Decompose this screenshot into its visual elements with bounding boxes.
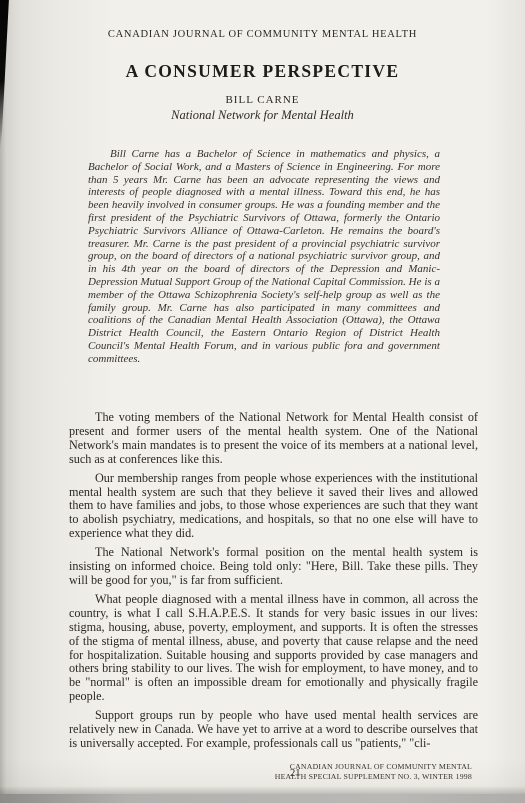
footer-journal-line2: HEALTH SPECIAL SUPPLEMENT NO. 3, WINTER …: [275, 772, 472, 782]
author-name: BILL CARNE: [0, 94, 525, 106]
body-paragraph-4: What people diagnosed with a mental illn…: [69, 593, 478, 704]
article-body: The voting members of the National Netwo…: [69, 411, 478, 756]
body-paragraph-1: The voting members of the National Netwo…: [69, 411, 478, 467]
body-paragraph-5: Support groups run by people who have us…: [69, 709, 478, 751]
footer-journal-line1: CANADIAN JOURNAL OF COMMUNITY MENTAL: [275, 762, 472, 772]
author-affiliation: National Network for Mental Health: [0, 108, 525, 123]
footer-journal-reference: CANADIAN JOURNAL OF COMMUNITY MENTAL HEA…: [275, 762, 472, 781]
scan-bottom-shadow: [0, 786, 525, 794]
article-title: A CONSUMER PERSPECTIVE: [0, 61, 525, 82]
author-bio: Bill Carne has a Bachelor of Science in …: [88, 148, 440, 366]
body-paragraph-2: Our membership ranges from people whose …: [69, 472, 478, 542]
scanned-journal-page: CANADIAN JOURNAL OF COMMUNITY MENTAL HEA…: [0, 0, 525, 803]
body-paragraph-3: The National Network's formal position o…: [69, 546, 478, 588]
scan-bottom-edge: [0, 794, 525, 803]
journal-header: CANADIAN JOURNAL OF COMMUNITY MENTAL HEA…: [0, 29, 525, 40]
